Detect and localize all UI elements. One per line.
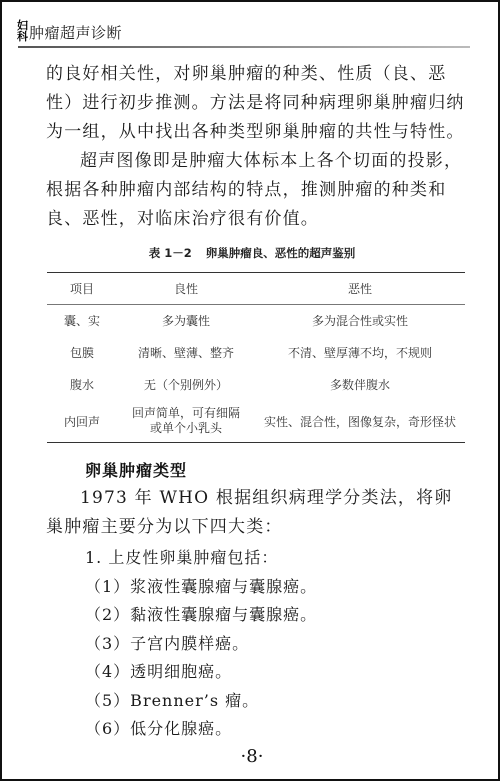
list-item: （5）Brenner’s 瘤。 [85, 687, 317, 716]
list-subheading: 1. 上皮性卵巢肿瘤包括： [85, 544, 317, 573]
table-caption-title: 卵巢肿瘤良、恶性的超声鉴别 [206, 246, 356, 260]
list-item: （1）浆液性囊腺瘤与囊腺癌。 [85, 573, 317, 602]
table-cell: 包膜 [47, 337, 117, 369]
table-cell: 实性、混合性，图像复杂，奇形怪状 [255, 401, 465, 443]
header-divider [18, 46, 470, 48]
section-heading: 卵巢肿瘤类型 [85, 458, 187, 481]
table-row: 腹水 无（个别例外） 多数伴腹水 [47, 369, 465, 401]
header-benign: 良性 [117, 273, 255, 305]
tumor-type-list: 1. 上皮性卵巢肿瘤包括： （1）浆液性囊腺瘤与囊腺癌。 （2）黏液性囊腺瘤与囊… [85, 544, 317, 744]
table-row: 包膜 清晰、壁薄、整齐 不清、壁厚薄不均，不规则 [47, 337, 465, 369]
paragraph-2: 超声图像即是肿瘤大体标本上各个切面的投影，根据各种肿瘤内部结构的特点，推测肿瘤的… [46, 147, 466, 234]
list-item: （6）低分化腺癌。 [85, 715, 317, 744]
table-header-row: 项目 良性 恶性 [47, 273, 465, 305]
comparison-table: 项目 良性 恶性 囊、实 多为囊性 多为混合性或实性 包膜 清晰、壁薄、整齐 不… [47, 272, 465, 443]
logo-char-bottom: 科 [17, 31, 28, 42]
book-page: 妇 科 肿瘤超声诊断 的良好相关性，对卵巢肿瘤的种类、性质（良、恶性）进行初步推… [0, 0, 500, 781]
header-logo: 妇 科 [17, 20, 28, 42]
table-cell: 清晰、壁薄、整齐 [117, 337, 255, 369]
header-item: 项目 [47, 273, 117, 305]
table-cell: 不清、壁厚薄不均，不规则 [255, 337, 465, 369]
table-cell: 腹水 [47, 369, 117, 401]
table-caption: 表 1－2卵巢肿瘤良、恶性的超声鉴别 [2, 245, 500, 261]
paragraph-1: 的良好相关性，对卵巢肿瘤的种类、性质（良、恶性）进行初步推测。方法是将同种病理卵… [46, 60, 466, 147]
table-row: 内回声 回声简单，可有细隔或单个小乳头 实性、混合性，图像复杂，奇形怪状 [47, 401, 465, 443]
list-item: （4）透明细胞癌。 [85, 658, 317, 687]
header-malignant: 恶性 [255, 273, 465, 305]
page-number: ·8· [2, 746, 500, 767]
table-cell: 多为混合性或实性 [255, 305, 465, 337]
table-cell: 回声简单，可有细隔或单个小乳头 [117, 401, 255, 443]
section-intro: 1973 年 WHO 根据组织病理学分类法，将卵巢肿瘤主要分为以下四大类： [46, 484, 466, 542]
table-row: 囊、实 多为囊性 多为混合性或实性 [47, 305, 465, 337]
table-cell: 囊、实 [47, 305, 117, 337]
list-item: （3）子宫内膜样癌。 [85, 630, 317, 659]
table-cell: 多为囊性 [117, 305, 255, 337]
running-header: 妇 科 肿瘤超声诊断 [17, 12, 122, 42]
table-cell: 无（个别例外） [117, 369, 255, 401]
book-title: 肿瘤超声诊断 [29, 24, 122, 42]
table-cell: 内回声 [47, 401, 117, 443]
table-caption-label: 表 1－2 [149, 246, 192, 260]
list-item: （2）黏液性囊腺瘤与囊腺癌。 [85, 601, 317, 630]
table-cell: 多数伴腹水 [255, 369, 465, 401]
